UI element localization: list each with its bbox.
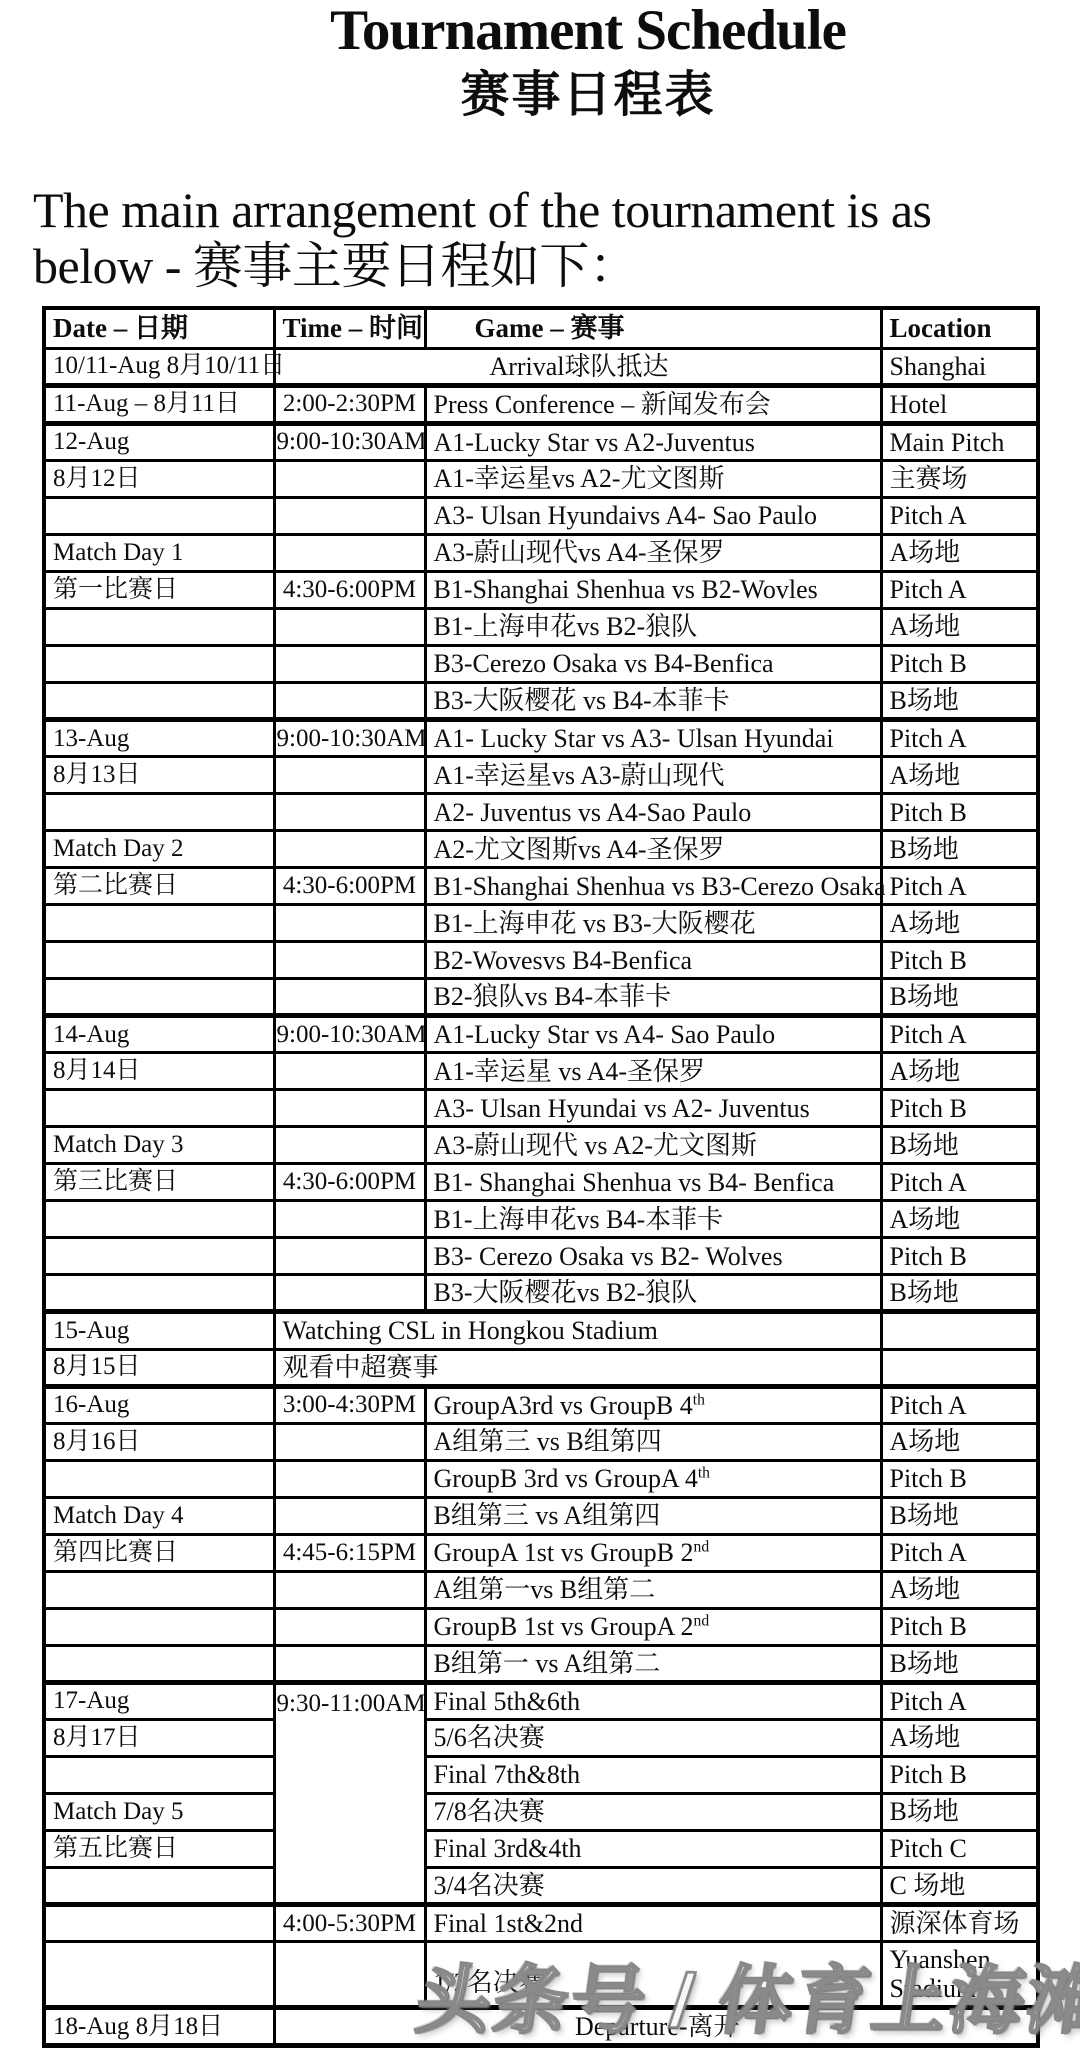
time-cell: 4:00-5:30PM xyxy=(274,1905,425,1942)
table-row: A组第一vs B组第二A场地 xyxy=(44,1571,1038,1608)
time-cell xyxy=(274,942,425,979)
location-cell: Pitch B xyxy=(881,1608,1038,1645)
page-title: Tournament Schedule xyxy=(96,2,1080,60)
time-cell xyxy=(274,979,425,1016)
ordinal-superscript: th xyxy=(693,1391,705,1408)
date-cell: Match Day 1 xyxy=(44,534,274,571)
game-cell: Final 1st&2nd xyxy=(425,1905,881,1942)
location-cell: Pitch A xyxy=(881,1534,1038,1571)
date-cell xyxy=(44,794,274,831)
date-cell xyxy=(44,1867,274,1904)
game-cell: A3-蔚山现代vs A4-圣保罗 xyxy=(425,534,881,571)
title-block: Tournament Schedule 赛事日程表 xyxy=(0,0,1080,122)
time-cell xyxy=(274,645,425,682)
page-title-chinese: 赛事日程表 xyxy=(96,68,1080,122)
location-cell: Pitch B xyxy=(881,1090,1038,1127)
header-location: Location xyxy=(881,308,1038,348)
table-row: 14-Aug9:00-10:30AMA1-Lucky Star vs A4- S… xyxy=(44,1016,1038,1053)
time-cell xyxy=(274,1053,425,1090)
date-cell xyxy=(44,1238,274,1275)
game-cell: B3-大阪樱花 vs B4-本菲卡 xyxy=(425,682,881,719)
date-cell: 第一比赛日 xyxy=(44,571,274,608)
date-cell xyxy=(44,1460,274,1497)
header-date: Date – 日期 xyxy=(44,308,274,348)
location-cell: Pitch B xyxy=(881,942,1038,979)
location-cell xyxy=(881,1312,1038,1349)
time-cell: 9:30-11:00AM xyxy=(274,1682,425,1904)
table-row: B3- Cerezo Osaka vs B2- WolvesPitch B xyxy=(44,1238,1038,1275)
time-cell xyxy=(274,1127,425,1164)
date-cell xyxy=(44,1942,274,2008)
time-cell xyxy=(274,1497,425,1534)
location-cell: Pitch B xyxy=(881,1460,1038,1497)
date-cell: 8月16日 xyxy=(44,1423,274,1460)
time-cell xyxy=(274,831,425,868)
time-cell xyxy=(274,905,425,942)
time-cell xyxy=(274,1645,425,1682)
date-cell xyxy=(44,1201,274,1238)
location-cell: A场地 xyxy=(881,1201,1038,1238)
date-cell xyxy=(44,1608,274,1645)
time-cell xyxy=(274,497,425,534)
date-cell: 17-Aug xyxy=(44,1682,274,1719)
date-cell xyxy=(44,1275,274,1312)
table-row: 15-AugWatching CSL in Hongkou Stadium xyxy=(44,1312,1038,1349)
table-row: Match Day 1A3-蔚山现代vs A4-圣保罗A场地 xyxy=(44,534,1038,571)
game-cell: B1- Shanghai Shenhua vs B4- Benfica xyxy=(425,1164,881,1201)
merged-game-cell: Watching CSL in Hongkou Stadium xyxy=(274,1312,881,1349)
table-row: B组第一 vs A组第二B场地 xyxy=(44,1645,1038,1682)
location-cell: A场地 xyxy=(881,1053,1038,1090)
game-cell: A1-幸运星 vs A4-圣保罗 xyxy=(425,1053,881,1090)
location-cell: C 场地 xyxy=(881,1867,1038,1904)
schedule-table: Date – 日期 Time – 时间 Game – 赛事 Location 1… xyxy=(42,306,1040,2048)
table-row: B1-上海申花vs B2-狼队A场地 xyxy=(44,608,1038,645)
date-cell: 第三比赛日 xyxy=(44,1164,274,1201)
location-cell: A场地 xyxy=(881,1719,1038,1756)
game-cell: B1-上海申花vs B2-狼队 xyxy=(425,608,881,645)
table-row: B2-狼队vs B4-本菲卡B场地 xyxy=(44,979,1038,1016)
ordinal-superscript: nd xyxy=(694,1539,710,1556)
time-cell xyxy=(274,1275,425,1312)
date-cell: 13-Aug xyxy=(44,719,274,756)
game-cell: 1/2名决赛 xyxy=(425,1942,881,2008)
location-cell: Yuanshen Stadium xyxy=(881,1942,1038,2008)
game-cell: B2-Wovesvs B4-Benfica xyxy=(425,942,881,979)
location-cell: 主赛场 xyxy=(881,460,1038,497)
location-cell: 源深体育场 xyxy=(881,1905,1038,1942)
game-cell: A3- Ulsan Hyundaivs A4- Sao Paulo xyxy=(425,497,881,534)
table-row: B3-Cerezo Osaka vs B4-BenficaPitch B xyxy=(44,645,1038,682)
date-cell xyxy=(44,905,274,942)
game-cell: B1-上海申花 vs B3-大阪樱花 xyxy=(425,905,881,942)
date-cell xyxy=(44,1090,274,1127)
location-cell: B场地 xyxy=(881,1793,1038,1830)
time-cell xyxy=(274,1238,425,1275)
time-cell: 4:45-6:15PM xyxy=(274,1534,425,1571)
game-cell: A1-Lucky Star vs A2-Juventus xyxy=(425,423,881,460)
table-row: Match Day 3A3-蔚山现代 vs A2-尤文图斯B场地 xyxy=(44,1127,1038,1164)
location-cell: Pitch A xyxy=(881,1682,1038,1719)
location-cell: B场地 xyxy=(881,1645,1038,1682)
date-cell: 14-Aug xyxy=(44,1016,274,1053)
time-cell xyxy=(274,794,425,831)
date-cell: 16-Aug xyxy=(44,1386,274,1423)
game-cell: B组第一 vs A组第二 xyxy=(425,1645,881,1682)
location-cell: Shanghai xyxy=(881,348,1038,385)
table-row: B1-上海申花vs B4-本菲卡A场地 xyxy=(44,1201,1038,1238)
game-cell: A3-蔚山现代 vs A2-尤文图斯 xyxy=(425,1127,881,1164)
table-row: 16-Aug3:00-4:30PMGroupA3rd vs GroupB 4th… xyxy=(44,1386,1038,1423)
date-cell: 8月14日 xyxy=(44,1053,274,1090)
game-cell: Final 7th&8th xyxy=(425,1756,881,1793)
location-cell: B场地 xyxy=(881,831,1038,868)
location-cell: Pitch B xyxy=(881,1238,1038,1275)
table-row: GroupB 1st vs GroupA 2ndPitch B xyxy=(44,1608,1038,1645)
table-row: 第三比赛日4:30-6:00PMB1- Shanghai Shenhua vs … xyxy=(44,1164,1038,1201)
date-cell: 11-Aug – 8月11日 xyxy=(44,385,274,423)
game-cell: GroupB 1st vs GroupA 2nd xyxy=(425,1608,881,1645)
location-cell: Pitch B xyxy=(881,794,1038,831)
time-cell xyxy=(274,1608,425,1645)
time-cell xyxy=(274,1460,425,1497)
table-row: B3-大阪樱花vs B2-狼队B场地 xyxy=(44,1275,1038,1312)
game-cell: A组第三 vs B组第四 xyxy=(425,1423,881,1460)
date-cell xyxy=(44,497,274,534)
date-cell: 15-Aug xyxy=(44,1312,274,1349)
time-cell xyxy=(274,1201,425,1238)
game-cell: B2-狼队vs B4-本菲卡 xyxy=(425,979,881,1016)
table-row: B1-上海申花 vs B3-大阪樱花A场地 xyxy=(44,905,1038,942)
game-cell: GroupA 1st vs GroupB 2nd xyxy=(425,1534,881,1571)
location-cell: Pitch B xyxy=(881,645,1038,682)
table-row: 第四比赛日4:45-6:15PMGroupA 1st vs GroupB 2nd… xyxy=(44,1534,1038,1571)
merged-game-cell: Departure-离开 xyxy=(274,2008,1038,2046)
time-cell: 4:30-6:00PM xyxy=(274,571,425,608)
page-root: Tournament Schedule 赛事日程表 The main arran… xyxy=(0,0,1080,2062)
table-row: 12-Aug9:00-10:30AMA1-Lucky Star vs A2-Ju… xyxy=(44,423,1038,460)
header-game: Game – 赛事 xyxy=(425,308,881,348)
table-row: 8月17日5/6名决赛A场地 xyxy=(44,1719,1038,1756)
location-cell: B场地 xyxy=(881,1275,1038,1312)
time-cell xyxy=(274,460,425,497)
location-cell: Pitch B xyxy=(881,1756,1038,1793)
game-cell: B3-大阪樱花vs B2-狼队 xyxy=(425,1275,881,1312)
game-cell: B1-Shanghai Shenhua vs B3-Cerezo Osaka xyxy=(425,868,881,905)
date-cell xyxy=(44,942,274,979)
time-cell: 3:00-4:30PM xyxy=(274,1386,425,1423)
game-cell: A组第一vs B组第二 xyxy=(425,1571,881,1608)
table-row: Match Day 4B组第三 vs A组第四B场地 xyxy=(44,1497,1038,1534)
location-cell: A场地 xyxy=(881,757,1038,794)
game-cell: A1- Lucky Star vs A3- Ulsan Hyundai xyxy=(425,719,881,756)
game-cell: A1-Lucky Star vs A4- Sao Paulo xyxy=(425,1016,881,1053)
time-cell xyxy=(274,1571,425,1608)
location-cell: Pitch A xyxy=(881,868,1038,905)
time-cell xyxy=(274,1423,425,1460)
date-cell: 8月17日 xyxy=(44,1719,274,1756)
location-cell: A场地 xyxy=(881,608,1038,645)
date-cell: 第四比赛日 xyxy=(44,1534,274,1571)
date-cell: 18-Aug 8月18日 xyxy=(44,2008,274,2046)
date-cell xyxy=(44,608,274,645)
game-cell: 7/8名决赛 xyxy=(425,1793,881,1830)
game-cell: 3/4名决赛 xyxy=(425,1867,881,1904)
time-cell: 4:30-6:00PM xyxy=(274,868,425,905)
game-cell: Final 3rd&4th xyxy=(425,1830,881,1867)
time-cell: 9:00-10:30AM xyxy=(274,423,425,460)
table-row: 13-Aug9:00-10:30AMA1- Lucky Star vs A3- … xyxy=(44,719,1038,756)
date-cell: Match Day 4 xyxy=(44,1497,274,1534)
location-cell: Main Pitch xyxy=(881,423,1038,460)
date-cell: 10/11-Aug 8月10/11日 xyxy=(44,348,274,385)
table-row: A2- Juventus vs A4-Sao PauloPitch B xyxy=(44,794,1038,831)
date-cell xyxy=(44,645,274,682)
date-cell: 第二比赛日 xyxy=(44,868,274,905)
time-cell xyxy=(274,534,425,571)
location-cell: B场地 xyxy=(881,1497,1038,1534)
table-row: B3-大阪樱花 vs B4-本菲卡B场地 xyxy=(44,682,1038,719)
table-row: 第一比赛日4:30-6:00PMB1-Shanghai Shenhua vs B… xyxy=(44,571,1038,608)
time-cell xyxy=(274,1942,425,2008)
date-cell: Match Day 3 xyxy=(44,1127,274,1164)
table-row: Match Day 2A2-尤文图斯vs A4-圣保罗B场地 xyxy=(44,831,1038,868)
time-cell xyxy=(274,608,425,645)
date-cell xyxy=(44,1905,274,1942)
location-cell: Pitch A xyxy=(881,497,1038,534)
game-cell: A3- Ulsan Hyundai vs A2- Juventus xyxy=(425,1090,881,1127)
game-cell: B3- Cerezo Osaka vs B2- Wolves xyxy=(425,1238,881,1275)
game-cell: B1-Shanghai Shenhua vs B2-Wovles xyxy=(425,571,881,608)
ordinal-superscript: nd xyxy=(694,1613,710,1630)
table-row: 8月16日A组第三 vs B组第四A场地 xyxy=(44,1423,1038,1460)
table-row: A3- Ulsan Hyundaivs A4- Sao PauloPitch A xyxy=(44,497,1038,534)
game-cell: Final 5th&6th xyxy=(425,1682,881,1719)
table-row: 8月13日A1-幸运星vs A3-蔚山现代A场地 xyxy=(44,757,1038,794)
game-cell: GroupB 3rd vs GroupA 4th xyxy=(425,1460,881,1497)
date-cell: Match Day 2 xyxy=(44,831,274,868)
location-cell: Pitch A xyxy=(881,719,1038,756)
header-row: Date – 日期 Time – 时间 Game – 赛事 Location xyxy=(44,308,1038,348)
date-cell: 8月13日 xyxy=(44,757,274,794)
intro-text: The main arrangement of the tournament i… xyxy=(33,182,1050,294)
table-row: 8月15日观看中超赛事 xyxy=(44,1349,1038,1386)
location-cell: Pitch C xyxy=(881,1830,1038,1867)
table-row: A3- Ulsan Hyundai vs A2- JuventusPitch B xyxy=(44,1090,1038,1127)
game-cell: A2- Juventus vs A4-Sao Paulo xyxy=(425,794,881,831)
time-cell xyxy=(274,682,425,719)
table-row: 第二比赛日4:30-6:00PMB1-Shanghai Shenhua vs B… xyxy=(44,868,1038,905)
location-cell: A场地 xyxy=(881,1571,1038,1608)
table-row: 18-Aug 8月18日Departure-离开 xyxy=(44,2008,1038,2046)
location-cell: B场地 xyxy=(881,1127,1038,1164)
date-cell xyxy=(44,1756,274,1793)
time-cell xyxy=(274,1090,425,1127)
date-cell: 12-Aug xyxy=(44,423,274,460)
game-cell: 5/6名决赛 xyxy=(425,1719,881,1756)
time-cell: 4:30-6:00PM xyxy=(274,1164,425,1201)
table-row: 3/4名决赛C 场地 xyxy=(44,1867,1038,1904)
ordinal-superscript: th xyxy=(698,1465,710,1482)
date-cell xyxy=(44,682,274,719)
table-row: 8月14日A1-幸运星 vs A4-圣保罗A场地 xyxy=(44,1053,1038,1090)
date-cell xyxy=(44,1571,274,1608)
date-cell: 8月15日 xyxy=(44,1349,274,1386)
location-cell: Pitch A xyxy=(881,1016,1038,1053)
table-row: 10/11-Aug 8月10/11日Arrival球队抵达Shanghai xyxy=(44,348,1038,385)
game-cell: B3-Cerezo Osaka vs B4-Benfica xyxy=(425,645,881,682)
table-row: 17-Aug9:30-11:00AMFinal 5th&6thPitch A xyxy=(44,1682,1038,1719)
schedule-body: 10/11-Aug 8月10/11日Arrival球队抵达Shanghai11-… xyxy=(44,348,1038,2046)
merged-game-cell: Arrival球队抵达 xyxy=(274,348,881,385)
game-cell: A1-幸运星vs A2-尤文图斯 xyxy=(425,460,881,497)
location-cell: B场地 xyxy=(881,979,1038,1016)
game-cell: GroupA3rd vs GroupB 4th xyxy=(425,1386,881,1423)
date-cell: 8月12日 xyxy=(44,460,274,497)
game-cell: Press Conference – 新闻发布会 xyxy=(425,385,881,423)
location-cell: Pitch A xyxy=(881,571,1038,608)
table-row: GroupB 3rd vs GroupA 4thPitch B xyxy=(44,1460,1038,1497)
table-row: 4:00-5:30PMFinal 1st&2nd源深体育场 xyxy=(44,1905,1038,1942)
game-cell: B组第三 vs A组第四 xyxy=(425,1497,881,1534)
game-cell: A1-幸运星vs A3-蔚山现代 xyxy=(425,757,881,794)
time-cell: 2:00-2:30PM xyxy=(274,385,425,423)
table-row: 8月12日A1-幸运星vs A2-尤文图斯主赛场 xyxy=(44,460,1038,497)
time-cell: 9:00-10:30AM xyxy=(274,1016,425,1053)
location-cell: A场地 xyxy=(881,1423,1038,1460)
table-row: B2-Wovesvs B4-BenficaPitch B xyxy=(44,942,1038,979)
location-cell: Hotel xyxy=(881,385,1038,423)
time-cell: 9:00-10:30AM xyxy=(274,719,425,756)
table-row: 11-Aug – 8月11日2:00-2:30PMPress Conferenc… xyxy=(44,385,1038,423)
time-cell xyxy=(274,757,425,794)
location-cell xyxy=(881,1349,1038,1386)
game-cell: B1-上海申花vs B4-本菲卡 xyxy=(425,1201,881,1238)
table-row: 1/2名决赛Yuanshen Stadium xyxy=(44,1942,1038,2008)
location-cell: Pitch A xyxy=(881,1164,1038,1201)
date-cell xyxy=(44,979,274,1016)
date-cell: 第五比赛日 xyxy=(44,1830,274,1867)
table-row: Final 7th&8thPitch B xyxy=(44,1756,1038,1793)
location-cell: Pitch A xyxy=(881,1386,1038,1423)
header-time: Time – 时间 xyxy=(274,308,425,348)
location-cell: A场地 xyxy=(881,905,1038,942)
location-cell: A场地 xyxy=(881,534,1038,571)
game-cell: A2-尤文图斯vs A4-圣保罗 xyxy=(425,831,881,868)
merged-game-cell: 观看中超赛事 xyxy=(274,1349,881,1386)
table-row: Match Day 57/8名决赛B场地 xyxy=(44,1793,1038,1830)
location-cell: B场地 xyxy=(881,682,1038,719)
table-row: 第五比赛日Final 3rd&4thPitch C xyxy=(44,1830,1038,1867)
date-cell: Match Day 5 xyxy=(44,1793,274,1830)
date-cell xyxy=(44,1645,274,1682)
